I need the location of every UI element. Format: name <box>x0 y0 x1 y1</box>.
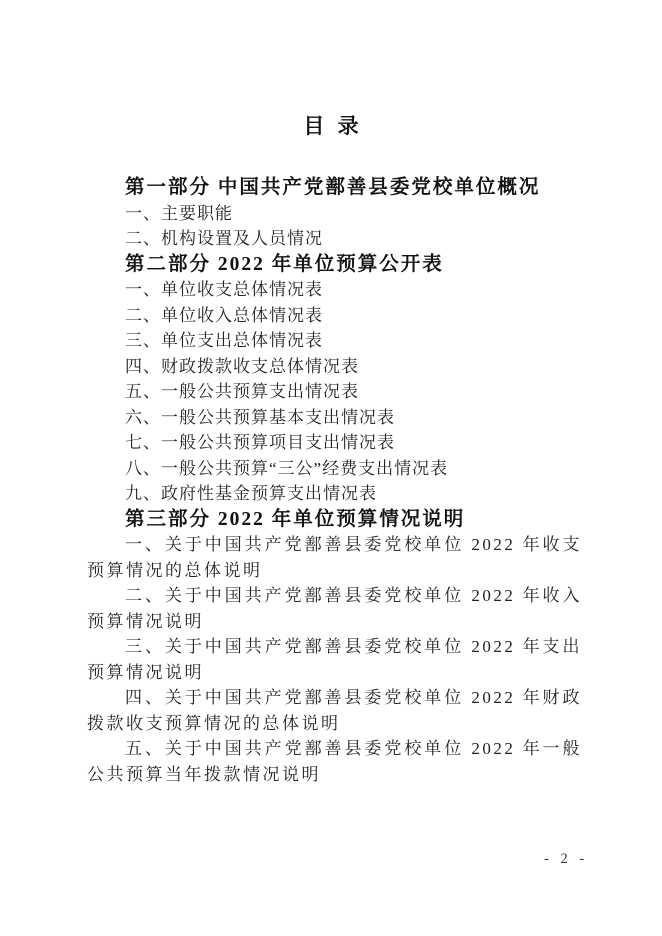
toc-item: 四、财政拨款收支总体情况表 <box>87 354 582 380</box>
toc-item: 八、一般公共预算“三公”经费支出情况表 <box>87 456 582 482</box>
toc-item: 一、单位收支总体情况表 <box>87 277 582 303</box>
toc-section-1-heading: 第一部分 中国共产党鄯善县委党校单位概况 <box>87 175 582 201</box>
toc-item: 六、一般公共预算基本支出情况表 <box>87 405 582 431</box>
toc-item: 一、关于中国共产党鄯善县委党校单位 2022 年收支预算情况的总体说明 <box>87 532 582 583</box>
toc-item: 二、关于中国共产党鄯善县委党校单位 2022 年收入预算情况说明 <box>87 583 582 634</box>
toc-item: 四、关于中国共产党鄯善县委党校单位 2022 年财政拨款收支预算情况的总体说明 <box>87 685 582 736</box>
toc-section-3-heading: 第三部分 2022 年单位预算情况说明 <box>87 507 582 533</box>
toc-item: 三、关于中国共产党鄯善县委党校单位 2022 年支出预算情况说明 <box>87 634 582 685</box>
toc-item: 五、关于中国共产党鄯善县委党校单位 2022 年一般公共预算当年拨款情况说明 <box>87 736 582 787</box>
toc-item: 九、政府性基金预算支出情况表 <box>87 481 582 507</box>
toc-item: 三、单位支出总体情况表 <box>87 328 582 354</box>
document-page: 目 录 第一部分 中国共产党鄯善县委党校单位概况 一、主要职能 二、机构设置及人… <box>0 0 662 936</box>
toc-item: 二、机构设置及人员情况 <box>87 226 582 252</box>
page-title: 目 录 <box>0 0 662 140</box>
page-number: - 2 - <box>544 851 588 868</box>
toc-item: 五、一般公共预算支出情况表 <box>87 379 582 405</box>
toc-item: 二、单位收入总体情况表 <box>87 303 582 329</box>
table-of-contents: 第一部分 中国共产党鄯善县委党校单位概况 一、主要职能 二、机构设置及人员情况 … <box>87 175 582 787</box>
toc-item: 一、主要职能 <box>87 201 582 227</box>
toc-item: 七、一般公共预算项目支出情况表 <box>87 430 582 456</box>
toc-section-2-heading: 第二部分 2022 年单位预算公开表 <box>87 252 582 278</box>
